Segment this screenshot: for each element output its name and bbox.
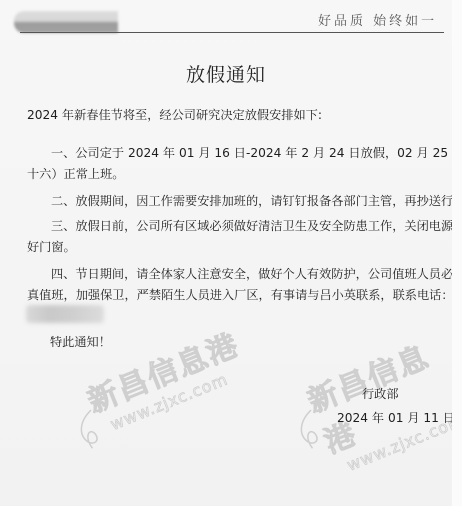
item-1-line-2: 十六）正常上班。 bbox=[27, 165, 125, 182]
item-1-line-1: 一、公司定于 2024 年 01 月 16 日-2024 年 2 月 24 日放… bbox=[51, 144, 462, 161]
item-4-line-2: 真值班，加强保卫，严禁陌生人员进入厂区，有事请与吕小英联系，联系电话： bbox=[27, 286, 454, 303]
watermark-url: www.zjxc.com bbox=[108, 361, 252, 434]
notice-intro: 2024 年新春佳节将至，经公司研究决定放假安排如下: bbox=[27, 106, 322, 123]
item-4-line-1: 四、节日期间，请全体家人注意安全，做好个人有效防护，公司值班人员必须认 bbox=[51, 265, 462, 282]
watermark-swirl-icon bbox=[67, 406, 110, 454]
phone-number-blurred bbox=[26, 305, 104, 323]
signature-date: 2024 年 01 月 11 日 bbox=[337, 409, 455, 426]
notice-title: 放假通知 bbox=[0, 60, 452, 87]
signature-department: 行政部 bbox=[362, 385, 399, 402]
item-3-line-1: 三、放假日前，公司所有区域必须做好清洁卫生及安全防患工作，关闭电源，关 bbox=[51, 217, 462, 234]
company-slogan: 好品质 始终如一 bbox=[318, 10, 437, 29]
company-logo-blurred bbox=[14, 11, 118, 33]
document-page: 好品质 始终如一 放假通知 2024 年新春佳节将至，经公司研究决定放假安排如下… bbox=[0, 0, 452, 506]
item-3-line-2: 好门窗。 bbox=[27, 238, 76, 255]
closing-text: 特此通知！ bbox=[50, 333, 111, 350]
item-2-line-1: 二、放假期间，因工作需要安排加班的，请钉钉报备各部门主管，再抄送行政部。 bbox=[51, 192, 462, 209]
scan-edge bbox=[452, 0, 462, 506]
header-divider bbox=[20, 32, 444, 33]
watermark-swirl-icon bbox=[287, 406, 330, 454]
